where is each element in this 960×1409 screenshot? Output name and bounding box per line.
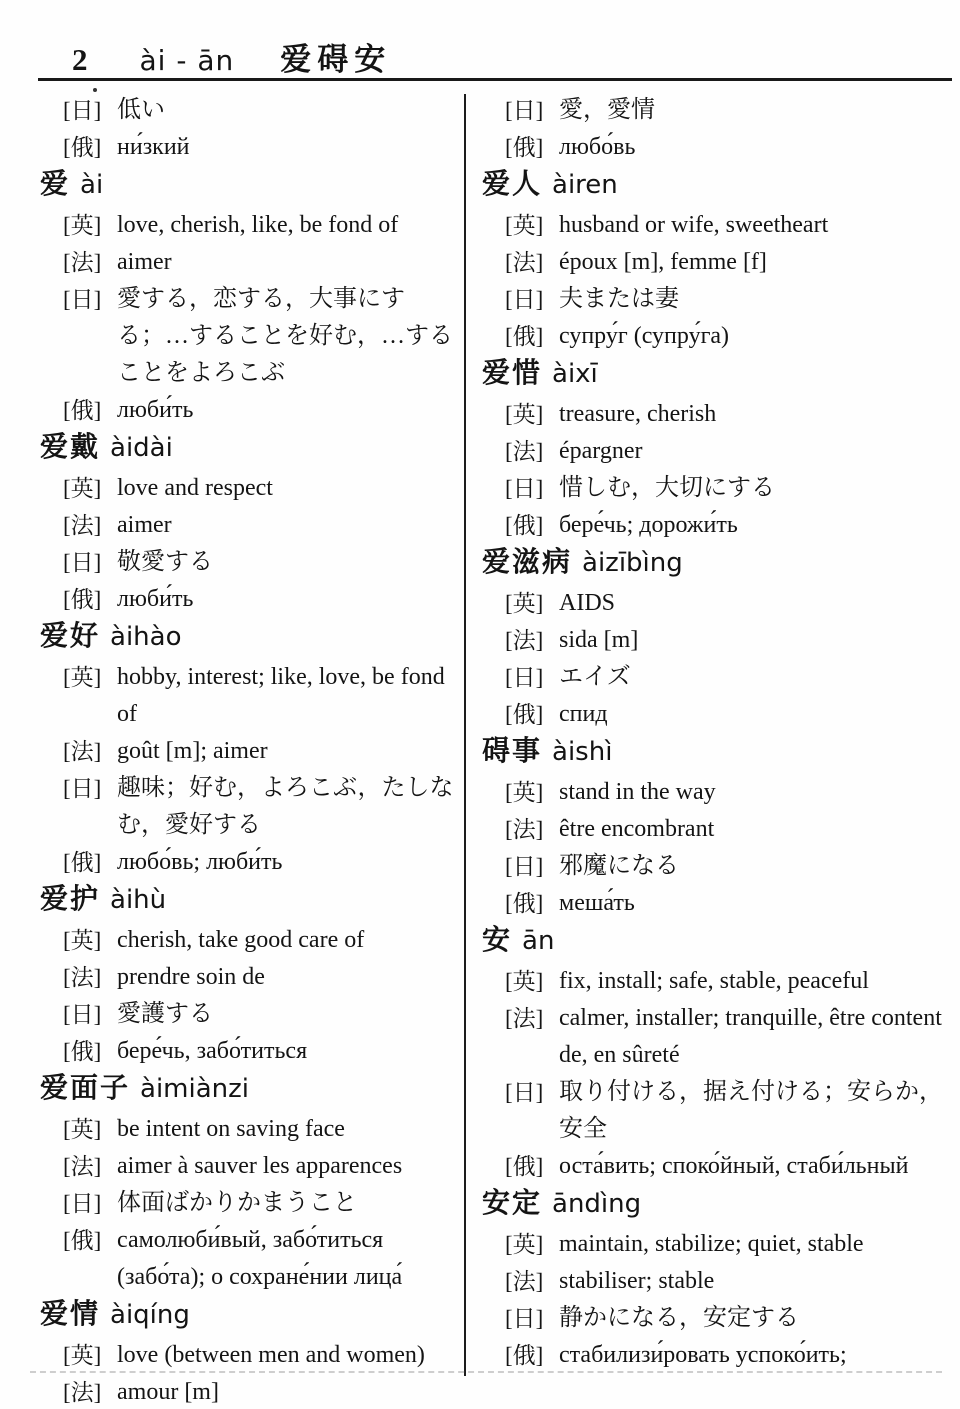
definition-row: [俄]люби́ть (63, 392, 456, 429)
definition-text: 夫または妻 (559, 281, 946, 318)
language-label: [英] (63, 1111, 117, 1148)
definition-text: 取り付ける，据え付ける；安らか，安全 (559, 1074, 946, 1148)
entry-headline: 安定āndìng (482, 1185, 946, 1226)
definition-row: [日]静かになる，安定する (505, 1300, 946, 1337)
language-label: [日] (63, 1185, 117, 1222)
definition-row: [英]love (between men and women) (63, 1337, 456, 1374)
definition-text: бере́чь; дорожи́ть (559, 507, 946, 544)
headword-hanzi: 爱人 (482, 169, 542, 200)
language-label: [法] (63, 733, 117, 770)
language-label: [法] (505, 1263, 559, 1300)
definition-text: люби́ть (117, 392, 456, 429)
language-label: [俄] (505, 885, 559, 922)
definition-row: [俄]люби́ть (63, 581, 456, 618)
dictionary-entry: 爱好àihào[英]hobby, interest; like, love, b… (40, 618, 456, 881)
definition-row: [日]惜しむ，大切にする (505, 470, 946, 507)
definition-text: бере́чь, забо́титься (117, 1033, 456, 1070)
dictionary-entry: 爱面子àimiànzi[英]be intent on saving face[法… (40, 1070, 456, 1296)
definition-row: [英]AIDS (505, 585, 946, 622)
entry-headline: 碍事àishì (482, 733, 946, 774)
definition-row: [俄]меша́ть (505, 885, 946, 922)
headword-hanzi: 爱滋病 (482, 547, 572, 578)
language-label: [日] (505, 281, 559, 318)
definition-row: [英]love, cherish, like, be fond of (63, 207, 456, 244)
definition-row: [英]fix, install; safe, stable, peaceful (505, 963, 946, 1000)
language-label: [日] (505, 92, 559, 129)
entry-continuation: [日]愛，愛情[俄]любо́вь (482, 92, 946, 166)
language-label: [法] (505, 622, 559, 659)
definition-text: любо́вь; люби́ть (117, 844, 456, 881)
headword-pinyin: àidài (110, 433, 173, 463)
language-label: [日] (63, 544, 117, 581)
definition-text: エイズ (559, 659, 946, 696)
language-label: [俄] (63, 129, 117, 166)
language-label: [英] (505, 207, 559, 244)
language-label: [俄] (63, 581, 117, 618)
dictionary-entry: 安定āndìng[英]maintain, stabilize; quiet, s… (482, 1185, 946, 1374)
definition-row: [日]取り付ける，据え付ける；安らか，安全 (505, 1074, 946, 1148)
language-label: [法] (63, 244, 117, 281)
language-label: [俄] (505, 696, 559, 733)
definition-text: épargner (559, 433, 946, 470)
language-label: [法] (505, 244, 559, 281)
language-label: [法] (505, 433, 559, 470)
definition-text: aimer à sauver les apparences (117, 1148, 456, 1185)
headword-pinyin: àihù (110, 885, 166, 915)
language-label: [英] (63, 470, 117, 507)
definition-row: [俄]самолюби́вый, забо́титься (забо́та); … (63, 1222, 456, 1296)
definition-text: 体面ばかりかまうこと (117, 1185, 456, 1222)
dictionary-entry: 爱护àihù[英]cherish, take good care of[法]pr… (40, 881, 456, 1070)
definition-text: maintain, stabilize; quiet, stable (559, 1226, 946, 1263)
column-divider (464, 94, 466, 1376)
entry-headline: 爱戴àidài (40, 429, 456, 470)
definition-row: [法]stabiliser; stable (505, 1263, 946, 1300)
dictionary-page: 2 ài - ān 爱碍安 [日]低い[俄]ни́зкий爱ài[英]love,… (0, 0, 960, 1409)
definition-text: 静かになる，安定する (559, 1300, 946, 1337)
dictionary-column-right: [日]愛，愛情[俄]любо́вь爱人àiren[英]husband or wi… (482, 92, 946, 1374)
definition-row: [日]愛護する (63, 996, 456, 1033)
language-label: [俄] (63, 844, 117, 881)
definition-text: treasure, cherish (559, 396, 946, 433)
language-label: [法] (63, 1148, 117, 1185)
definition-text: hobby, interest; like, love, be fond of (117, 659, 456, 733)
definition-row: [俄]ни́зкий (63, 129, 456, 166)
entry-headline: 爱好àihào (40, 618, 456, 659)
headword-pinyin: ài (80, 170, 103, 200)
entry-headline: 爱人àiren (482, 166, 946, 207)
definition-row: [日]邪魔になる (505, 848, 946, 885)
language-label: [英] (505, 585, 559, 622)
entry-headline: 爱滋病àizībìng (482, 544, 946, 585)
headword-hanzi: 爱 (40, 169, 70, 200)
headword-hanzi: 爱护 (40, 884, 100, 915)
language-label: [日] (505, 659, 559, 696)
definition-row: [日]夫または妻 (505, 281, 946, 318)
definition-row: [法]amour [m] (63, 1374, 456, 1409)
definition-text: ни́зкий (117, 129, 456, 166)
language-label: [英] (63, 207, 117, 244)
definition-text: оста́вить; споко́йный, стаби́льный (559, 1148, 946, 1185)
language-label: [法] (63, 507, 117, 544)
headword-pinyin: àixī (552, 359, 598, 389)
header-rule (38, 78, 952, 81)
dictionary-entry: 爱ài[英]love, cherish, like, be fond of[法]… (40, 166, 456, 429)
dictionary-entry: 爱戴àidài[英]love and respect[法]aimer[日]敬愛す… (40, 429, 456, 618)
definition-text: love and respect (117, 470, 456, 507)
definition-row: [英]cherish, take good care of (63, 922, 456, 959)
definition-text: husband or wife, sweetheart (559, 207, 946, 244)
definition-row: [英]husband or wife, sweetheart (505, 207, 946, 244)
headword-pinyin: àiqíng (110, 1300, 190, 1330)
definition-row: [俄]оста́вить; споко́йный, стаби́льный (505, 1148, 946, 1185)
definition-row: [日]低い (63, 92, 456, 129)
definition-text: стабилизи́ровать успоко́ить; (559, 1337, 946, 1374)
definition-text: супру́г (супру́га) (559, 318, 946, 355)
definition-row: [英]hobby, interest; like, love, be fond … (63, 659, 456, 733)
definition-text: 邪魔になる (559, 848, 946, 885)
language-label: [英] (505, 774, 559, 811)
definition-text: люби́ть (117, 581, 456, 618)
entry-headline: 安ān (482, 922, 946, 963)
definition-text: fix, install; safe, stable, peaceful (559, 963, 946, 1000)
definition-text: любо́вь (559, 129, 946, 166)
definition-text: самолюби́вый, забо́титься (забо́та); о с… (117, 1222, 456, 1296)
definition-row: [日]体面ばかりかまうこと (63, 1185, 456, 1222)
definition-row: [英]stand in the way (505, 774, 946, 811)
definition-row: [日]趣味；好む，よろこぶ，たしなむ，愛好する (63, 770, 456, 844)
definition-row: [英]be intent on saving face (63, 1111, 456, 1148)
language-label: [俄] (505, 318, 559, 355)
definition-row: [日]エイズ (505, 659, 946, 696)
language-label: [日] (63, 770, 117, 844)
headword-pinyin: àimiànzi (140, 1074, 249, 1104)
definition-text: 低い (117, 92, 456, 129)
entry-headline: 爱惜àixī (482, 355, 946, 396)
definition-row: [俄]супру́г (супру́га) (505, 318, 946, 355)
definition-text: époux [m], femme [f] (559, 244, 946, 281)
entry-headline: 爱情àiqíng (40, 1296, 456, 1337)
language-label: [俄] (63, 1222, 117, 1296)
dictionary-entry: 碍事àishì[英]stand in the way[法]être encomb… (482, 733, 946, 922)
headword-pinyin: àishì (552, 737, 612, 767)
definition-text: aimer (117, 244, 456, 281)
headword-hanzi: 安 (482, 925, 512, 956)
language-label: [俄] (505, 507, 559, 544)
definition-text: be intent on saving face (117, 1111, 456, 1148)
language-label: [英] (505, 1226, 559, 1263)
definition-text: goût [m]; aimer (117, 733, 456, 770)
language-label: [日] (63, 92, 117, 129)
headword-pinyin: ān (522, 926, 554, 956)
definition-text: 愛する，恋する，大事にする；…することを好む，…することをよろこぶ (117, 281, 456, 392)
language-label: [法] (505, 1000, 559, 1074)
headword-pinyin: àizībìng (582, 548, 683, 578)
definition-row: [俄]любо́вь (505, 129, 946, 166)
definition-text: sida [m] (559, 622, 946, 659)
headword-hanzi: 碍事 (482, 736, 542, 767)
headword-pinyin: āndìng (552, 1189, 641, 1219)
definition-text: 敬愛する (117, 544, 456, 581)
headword-hanzi: 爱情 (40, 1299, 100, 1330)
language-label: [日] (505, 470, 559, 507)
definition-row: [法]être encombrant (505, 811, 946, 848)
definition-row: [英]love and respect (63, 470, 456, 507)
definition-row: [法]épargner (505, 433, 946, 470)
definition-text: prendre soin de (117, 959, 456, 996)
dictionary-entry: 安ān[英]fix, install; safe, stable, peacef… (482, 922, 946, 1185)
headword-hanzi: 爱好 (40, 621, 100, 652)
definition-text: calmer, installer; tranquille, être cont… (559, 1000, 946, 1074)
language-label: [日] (505, 1074, 559, 1148)
language-label: [俄] (505, 129, 559, 166)
definition-row: [俄]любо́вь; люби́ть (63, 844, 456, 881)
language-label: [日] (63, 281, 117, 392)
entry-headline: 爱面子àimiànzi (40, 1070, 456, 1111)
definition-row: [俄]бере́чь; дорожи́ть (505, 507, 946, 544)
definition-text: stand in the way (559, 774, 946, 811)
headword-pinyin: àihào (110, 622, 181, 652)
dictionary-entry: 爱人àiren[英]husband or wife, sweetheart[法]… (482, 166, 946, 355)
definition-text: amour [m] (117, 1374, 456, 1409)
guide-word-pinyin: ài - ān (140, 44, 235, 77)
definition-row: [法]prendre soin de (63, 959, 456, 996)
page-number: 2 (72, 42, 88, 78)
headword-hanzi: 爱惜 (482, 358, 542, 389)
entry-headline: 爱护àihù (40, 881, 456, 922)
language-label: [日] (63, 996, 117, 1033)
definition-text: être encombrant (559, 811, 946, 848)
definition-row: [法]aimer (63, 507, 456, 544)
definition-row: [日]敬愛する (63, 544, 456, 581)
definition-text: stabiliser; stable (559, 1263, 946, 1300)
language-label: [英] (63, 659, 117, 733)
definition-text: 惜しむ，大切にする (559, 470, 946, 507)
definition-text: меша́ть (559, 885, 946, 922)
dictionary-entry: 爱惜àixī[英]treasure, cherish[法]épargner[日]… (482, 355, 946, 544)
language-label: [俄] (505, 1148, 559, 1185)
page-header: 2 ài - ān 爱碍安 (72, 34, 391, 79)
headword-hanzi: 安定 (482, 1188, 542, 1219)
definition-row: [俄]бере́чь, забо́титься (63, 1033, 456, 1070)
language-label: [日] (505, 1300, 559, 1337)
bottom-scan-line (30, 1371, 942, 1373)
definition-row: [法]aimer à sauver les apparences (63, 1148, 456, 1185)
dictionary-entry: 爱滋病àizībìng[英]AIDS[法]sida [m][日]エイズ[俄]сп… (482, 544, 946, 733)
definition-row: [俄]стабилизи́ровать успоко́ить; (505, 1337, 946, 1374)
definition-text: 愛護する (117, 996, 456, 1033)
definition-row: [俄]спид (505, 696, 946, 733)
headword-hanzi: 爱戴 (40, 432, 100, 463)
headword-hanzi: 爱面子 (40, 1073, 130, 1104)
definition-row: [日]愛する，恋する，大事にする；…することを好む，…することをよろこぶ (63, 281, 456, 392)
definition-text: love (between men and women) (117, 1337, 456, 1374)
definition-row: [法]calmer, installer; tranquille, être c… (505, 1000, 946, 1074)
language-label: [英] (505, 396, 559, 433)
entry-continuation: [日]低い[俄]ни́зкий (40, 92, 456, 166)
definition-text: love, cherish, like, be fond of (117, 207, 456, 244)
definition-row: [法]goût [m]; aimer (63, 733, 456, 770)
entry-headline: 爱ài (40, 166, 456, 207)
language-label: [英] (505, 963, 559, 1000)
language-label: [俄] (63, 392, 117, 429)
definition-row: [日]愛，愛情 (505, 92, 946, 129)
language-label: [日] (505, 848, 559, 885)
definition-text: cherish, take good care of (117, 922, 456, 959)
definition-text: AIDS (559, 585, 946, 622)
language-label: [法] (63, 959, 117, 996)
definition-row: [法]aimer (63, 244, 456, 281)
definition-row: [英]maintain, stabilize; quiet, stable (505, 1226, 946, 1263)
definition-row: [法]époux [m], femme [f] (505, 244, 946, 281)
language-label: [法] (63, 1374, 117, 1409)
language-label: [英] (63, 1337, 117, 1374)
definition-text: aimer (117, 507, 456, 544)
definition-text: 愛，愛情 (559, 92, 946, 129)
definition-row: [法]sida [m] (505, 622, 946, 659)
headword-pinyin: àiren (552, 170, 618, 200)
definition-text: 趣味；好む，よろこぶ，たしなむ，愛好する (117, 770, 456, 844)
language-label: [俄] (505, 1337, 559, 1374)
dictionary-column-left: [日]低い[俄]ни́зкий爱ài[英]love, cherish, like… (40, 92, 456, 1409)
guide-word-hanzi: 爱碍安 (280, 34, 391, 79)
language-label: [俄] (63, 1033, 117, 1070)
language-label: [英] (63, 922, 117, 959)
definition-row: [英]treasure, cherish (505, 396, 946, 433)
language-label: [法] (505, 811, 559, 848)
dictionary-entry: 爱情àiqíng[英]love (between men and women)[… (40, 1296, 456, 1409)
definition-text: спид (559, 696, 946, 733)
